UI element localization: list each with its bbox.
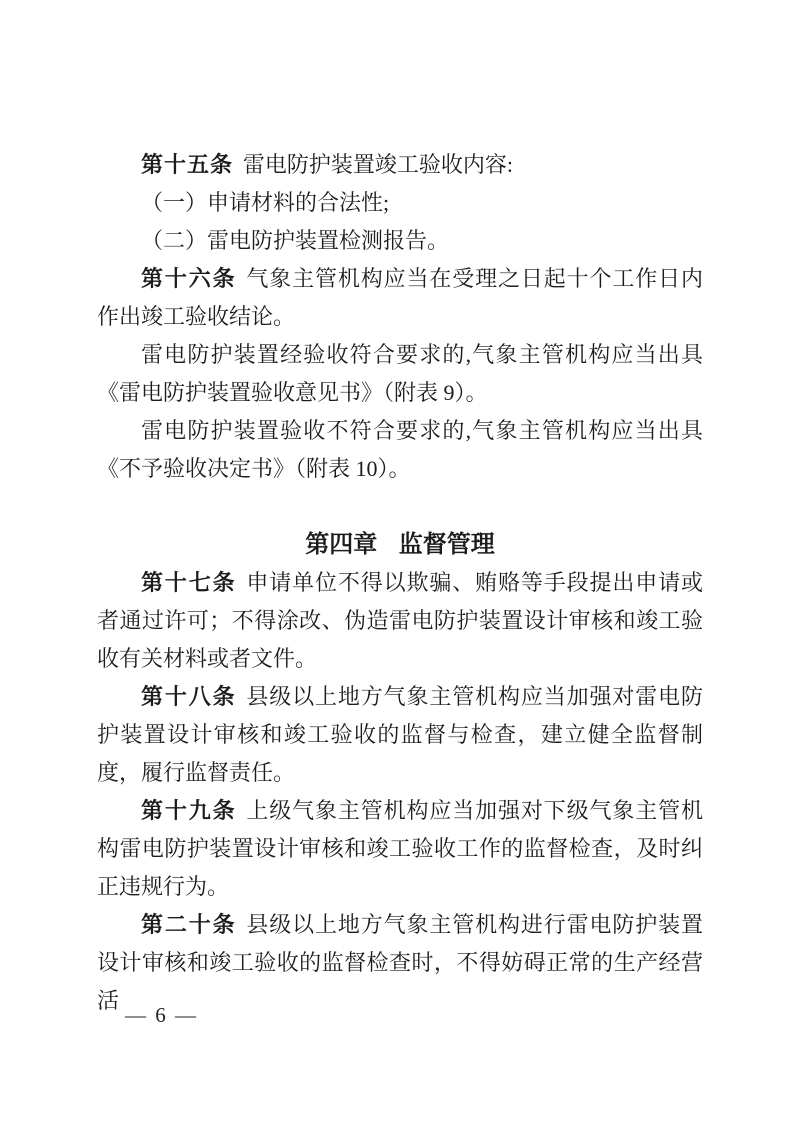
article-paragraph: 第十八条县级以上地方气象主管机构应当加强对雷电防护装置设计审核和竣工验收的监督与… [97,678,703,792]
article-number: 第十六条 [141,266,237,291]
article-number: 第十八条 [141,684,237,709]
article-number: 第十五条 [141,152,233,177]
paragraph-text: （二）雷电防护装置检测报告。 [141,228,449,253]
article-paragraph: 第十五条雷电防护装置竣工验收内容: [97,146,703,184]
article-number: 第十九条 [141,798,237,823]
article-number: 第二十条 [141,912,237,937]
list-item-paragraph: （一）申请材料的合法性; [97,184,703,222]
body-paragraph: 雷电防护装置验收不符合要求的,气象主管机构应当出具《不予验收决定书》（附表 10… [97,412,703,488]
article-paragraph: 第十六条气象主管机构应当在受理之日起十个工作日内作出竣工验收结论。 [97,260,703,336]
chapter-number: 第四章 [305,531,377,558]
paragraph-text: 雷电防护装置竣工验收内容: [243,152,513,177]
article-paragraph: 第十九条上级气象主管机构应当加强对下级气象主管机构雷电防护装置设计审核和竣工验收… [97,792,703,906]
list-item-paragraph: （二）雷电防护装置检测报告。 [97,222,703,260]
article-paragraph: 第十七条申请单位不得以欺骗、贿赂等手段提出申请或者通过许可；不得涂改、伪造雷电防… [97,564,703,678]
chapter-title: 监督管理 [399,531,495,558]
document-page: 第十五条雷电防护装置竣工验收内容:（一）申请材料的合法性;（二）雷电防护装置检测… [0,0,793,1122]
page-footer: — 6 — [125,1001,198,1029]
page-number: — 6 — [125,1003,198,1027]
chapter-heading: 第四章监督管理 [97,526,703,564]
paragraph-text: 雷电防护装置经验收符合要求的,气象主管机构应当出具《雷电防护装置验收意见书》（附… [97,342,703,405]
body-paragraph: 雷电防护装置经验收符合要求的,气象主管机构应当出具《雷电防护装置验收意见书》（附… [97,336,703,412]
document-body: 第十五条雷电防护装置竣工验收内容:（一）申请材料的合法性;（二）雷电防护装置检测… [97,146,703,1020]
paragraph-text: 雷电防护装置验收不符合要求的,气象主管机构应当出具《不予验收决定书》（附表 10… [97,418,703,481]
paragraph-text: （一）申请材料的合法性; [141,190,389,215]
article-number: 第十七条 [141,570,237,595]
